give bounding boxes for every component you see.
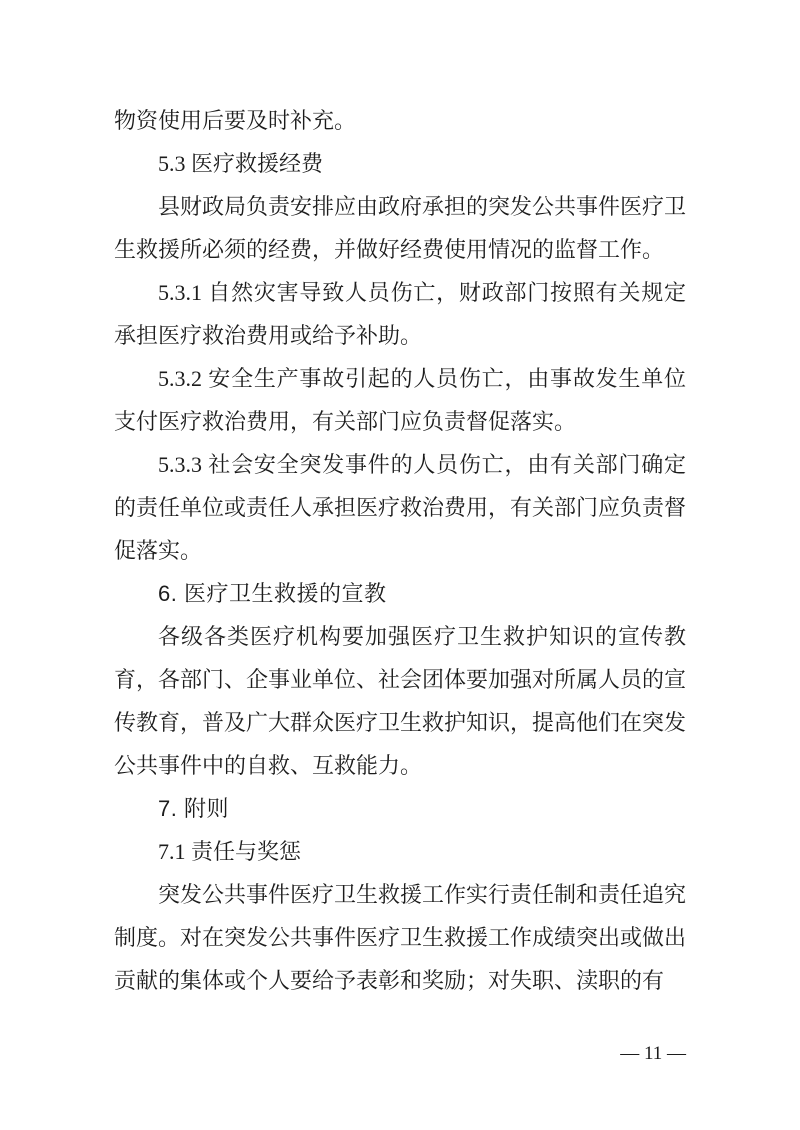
paragraph-5-3-2-production-accident: 5.3.2 安全生产事故引起的人员伤亡，由事故发生单位支付医疗救治费用，有关部门…	[114, 357, 686, 443]
heading-5-3-medical-rescue-funds: 5.3 医疗救援经费	[114, 142, 686, 185]
paragraph-responsibility-system: 突发公共事件医疗卫生救援工作实行责任制和责任追究制度。对在突发公共事件医疗卫生救…	[114, 873, 686, 1002]
paragraph-5-3-1-natural-disaster: 5.3.1 自然灾害导致人员伤亡，财政部门按照有关规定承担医疗救治费用或给予补助…	[114, 271, 686, 357]
page-number: — 11 —	[620, 1043, 686, 1064]
document-page: 物资使用后要及时补充。 5.3 医疗救援经费 县财政局负责安排应由政府承担的突发…	[0, 0, 800, 1130]
heading-7-1-responsibility-rewards: 7.1 责任与奖惩	[114, 830, 686, 873]
heading-6-publicity-education: 6. 医疗卫生救援的宣教	[114, 572, 686, 615]
document-body: 物资使用后要及时补充。 5.3 医疗救援经费 县财政局负责安排应由政府承担的突发…	[114, 99, 686, 1002]
paragraph-publicity-education: 各级各类医疗机构要加强医疗卫生救护知识的宣传教育，各部门、企事业单位、社会团体要…	[114, 615, 686, 787]
page-footer: — 11 —	[114, 1040, 686, 1068]
paragraph-finance-bureau: 县财政局负责安排应由政府承担的突发公共事件医疗卫生救援所必须的经费，并做好经费使…	[114, 185, 686, 271]
paragraph-5-3-3-social-security-incident: 5.3.3 社会安全突发事件的人员伤亡，由有关部门确定的责任单位或责任人承担医疗…	[114, 443, 686, 572]
heading-7-supplementary-provisions: 7. 附则	[114, 787, 686, 830]
paragraph-continuation: 物资使用后要及时补充。	[114, 99, 686, 142]
